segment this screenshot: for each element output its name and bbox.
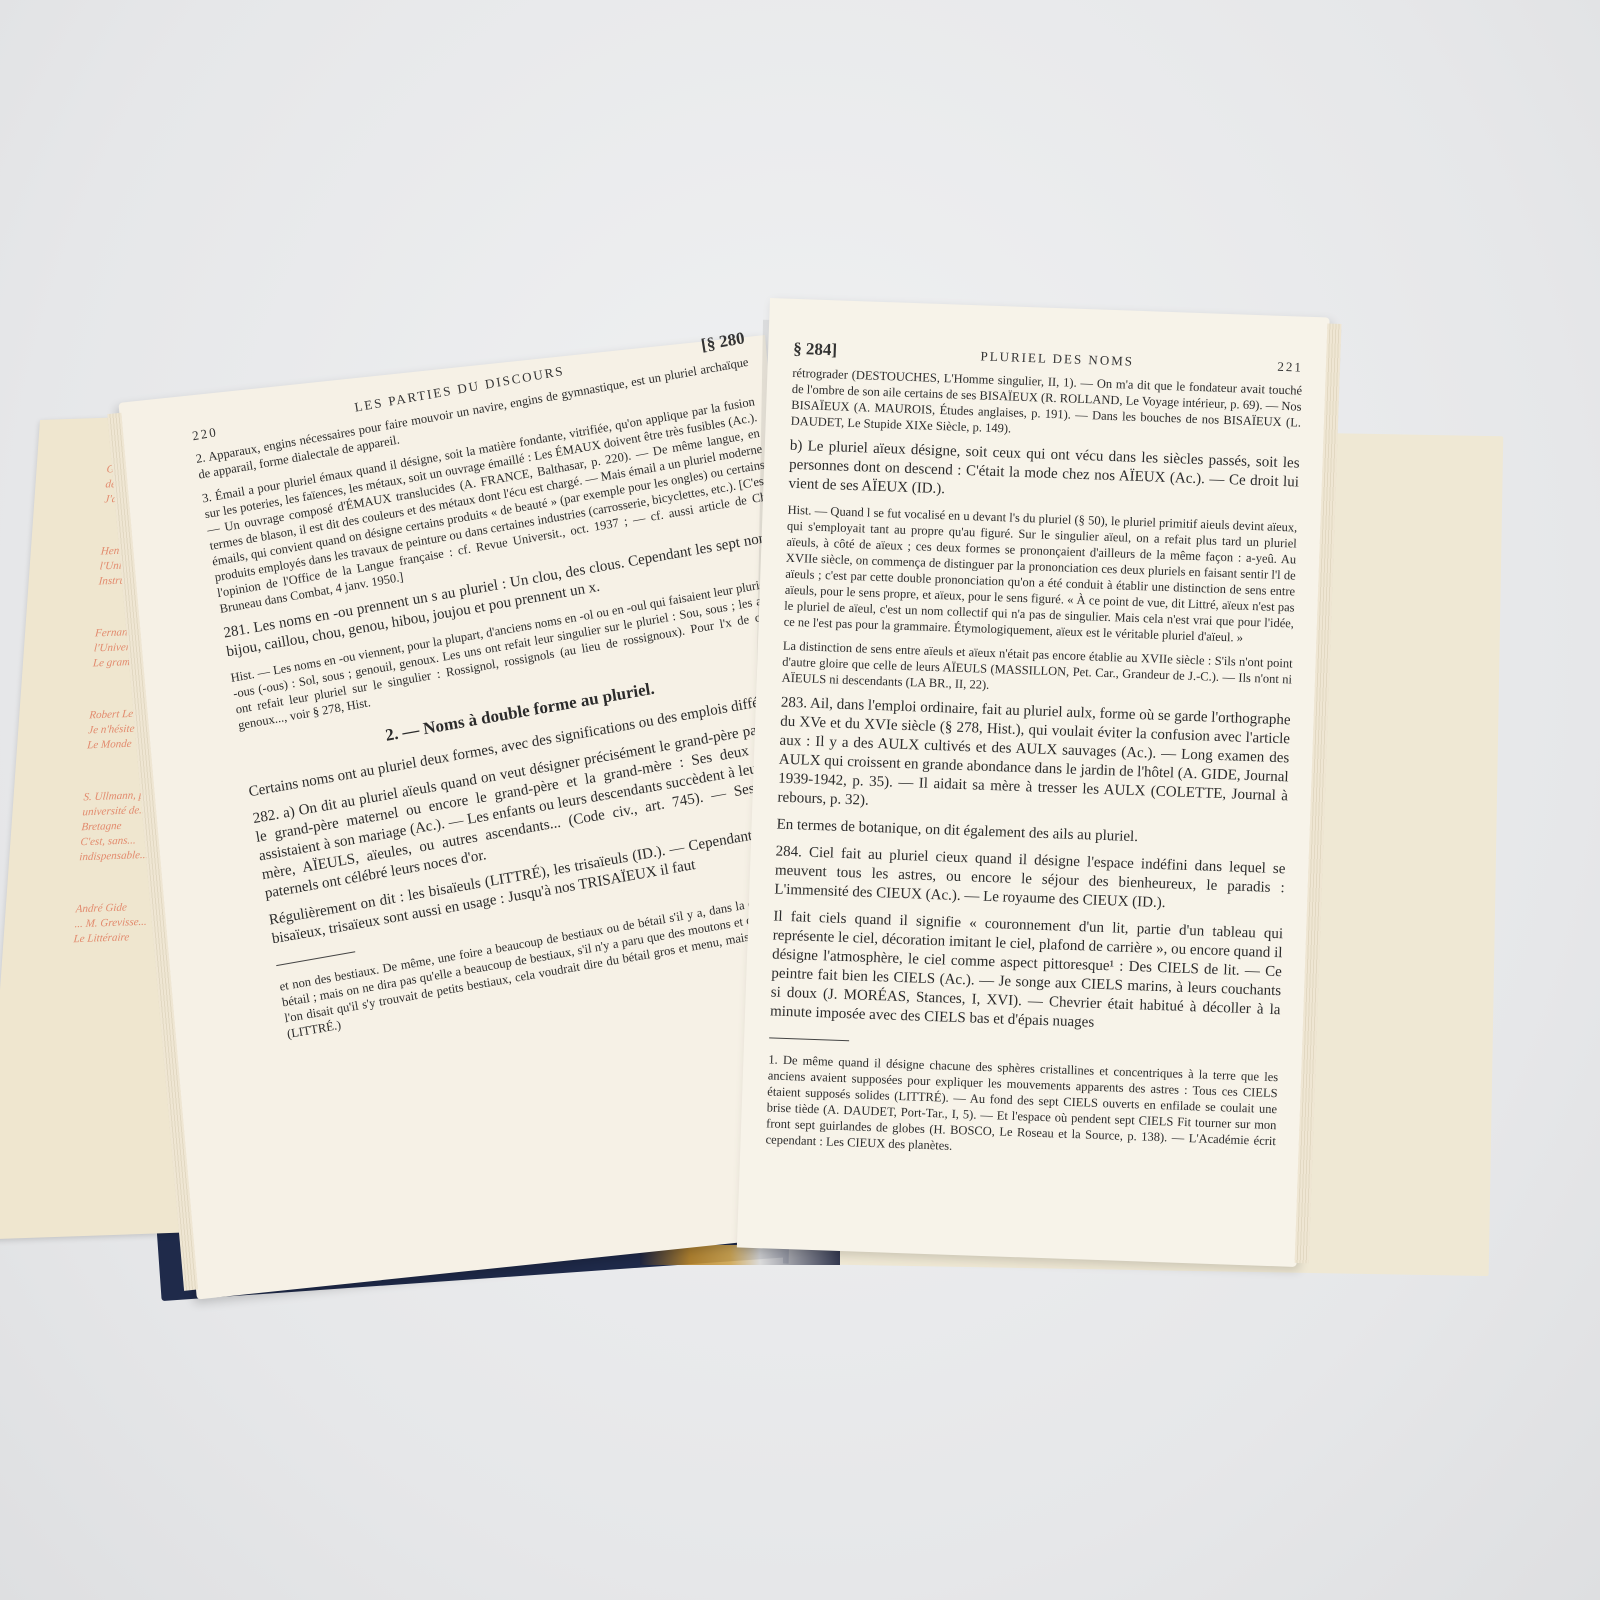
- footnote-rule: [769, 1037, 849, 1041]
- left-page: 220 LES PARTIES DU DISCOURS [§ 280 2. Ap…: [118, 335, 843, 1300]
- footnote: 1. De même quand il désigne chacune des …: [765, 1051, 1278, 1165]
- right-page: § 284] PLURIEL DES NOMS 221 rétrograder …: [737, 298, 1330, 1267]
- paragraph: b) Le pluriel aïeux désigne, soit ceux q…: [788, 437, 1300, 512]
- paragraph: Il fait ciels quand il signifie « couron…: [770, 908, 1284, 1040]
- paragraph: rétrograder (DESTOUCHES, L'Homme singuli…: [790, 365, 1302, 447]
- footnote-rule: [276, 951, 355, 966]
- photo-background: Georges Duhamel de l'Académie... J'ai do…: [0, 0, 1600, 1600]
- section-ref: § 284]: [793, 339, 838, 360]
- paragraph: 284. Ciel fait au pluriel cieux quand il…: [774, 843, 1286, 918]
- paragraph: Hist. — Quand l se fut vocalisé en u dev…: [783, 502, 1297, 648]
- page-number: 220: [191, 422, 219, 445]
- paragraph: La distinction de sens entre aïeuls et a…: [781, 638, 1292, 704]
- paragraph: 283. Ail, dans l'emploi ordinaire, fait …: [777, 694, 1291, 826]
- left-page-content: 220 LES PARTIES DU DISCOURS [§ 280 2. Ap…: [191, 328, 843, 1054]
- section-ref: [§ 280: [700, 328, 746, 354]
- running-title: PLURIEL DES NOMS: [980, 346, 1134, 370]
- right-page-content: § 284] PLURIEL DES NOMS 221 rétrograder …: [765, 339, 1303, 1177]
- page-number: 221: [1277, 357, 1303, 377]
